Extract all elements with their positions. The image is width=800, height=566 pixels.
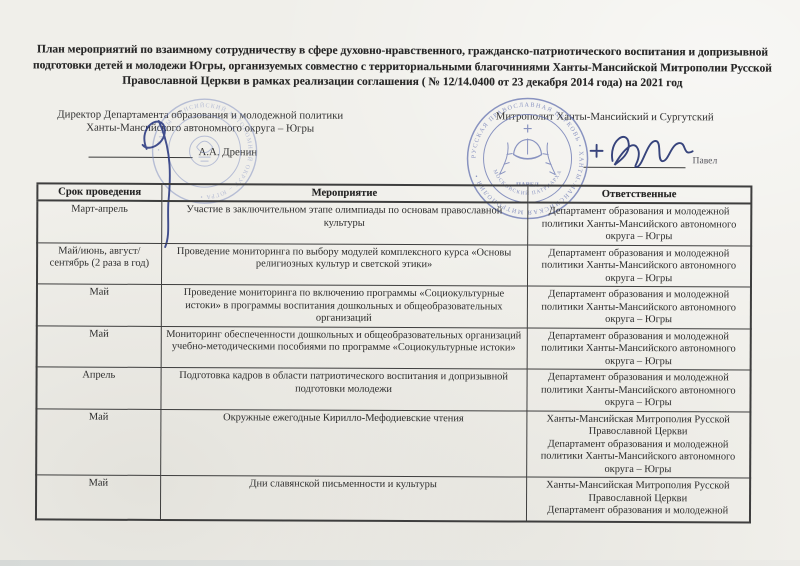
period-cell: Апрель [36,367,160,409]
table-row: МайДни славянской письменности и культур… [36,475,750,522]
period-cell: Март-апрель [37,200,161,243]
right-signature-line [584,167,686,168]
responsible-cell: Департамент образования и молодежной пол… [526,369,750,411]
period-cell: Май/июнь, август/сентябрь (2 раза в год) [37,242,161,284]
right-handwritten-signature [582,123,702,179]
table-row: МайПроведение мониторинга по включению п… [37,284,751,329]
responsible-cell: Департамент образования и молодежной пол… [527,203,751,246]
event-cell: Участие в заключительном этапе олимпиады… [161,201,527,245]
left-signature-line [89,157,193,158]
period-cell: Май [37,284,161,326]
events-plan-table: Срок проведения Мероприятие Ответственны… [35,182,752,523]
responsible-cell: Ханты-Мансийская Митрополия Русской Прав… [526,477,750,522]
header-period: Срок проведения [37,183,161,201]
responsible-cell: Ханты-Мансийская Митрополия Русской Прав… [526,411,750,478]
table-row: Март-апрельУчастие в заключительном этап… [37,200,751,245]
event-cell: Проведение мониторинга по выбору модулей… [161,243,527,286]
responsible-cell: Департамент образования и молодежной пол… [527,328,751,370]
table-row: МайМониторинг обеспеченности дошкольных … [37,325,751,370]
header-event: Мероприятие [161,184,527,203]
responsible-cell: Департамент образования и молодежной пол… [527,286,751,328]
period-cell: Май [37,325,161,367]
event-cell: Проведение мониторинга по включению прог… [161,284,527,327]
scanned-document-page: План мероприятий по взаимному сотрудниче… [0,0,800,566]
event-cell: Мониторинг обеспеченности дошкольных и о… [161,326,527,369]
right-signatory-name: Павел [693,155,718,166]
table-row: АпрельПодготовка кадров в области патрио… [36,367,750,412]
document-content: План мероприятий по взаимному сотрудниче… [0,0,800,566]
event-cell: Дни славянской письменности и культуры [160,475,526,521]
scanner-edge-shadow [0,560,800,566]
event-cell: Подготовка кадров в области патриотическ… [160,367,526,410]
header-responsible: Ответственные [527,186,751,204]
table-row: МайОкружные ежегодные Кирилло-Мефодиевск… [36,408,750,478]
document-title: План мероприятий по взаимному сотрудниче… [15,42,790,92]
responsible-cell: Департамент образования и молодежной пол… [527,245,751,287]
left-signatory-name: А.А. Дренин [199,146,258,158]
period-cell: Май [36,408,160,475]
period-cell: Май [36,475,160,520]
table-row: Май/июнь, август/сентябрь (2 раза в год)… [37,242,751,287]
left-signatory-title: Директор Департамента образования и моло… [53,108,348,136]
right-signatory-title: Митрополит Ханты-Мансийский и Сургутский [439,110,771,125]
event-cell: Окружные ежегодные Кирилло-Мефодиевские … [160,409,526,477]
